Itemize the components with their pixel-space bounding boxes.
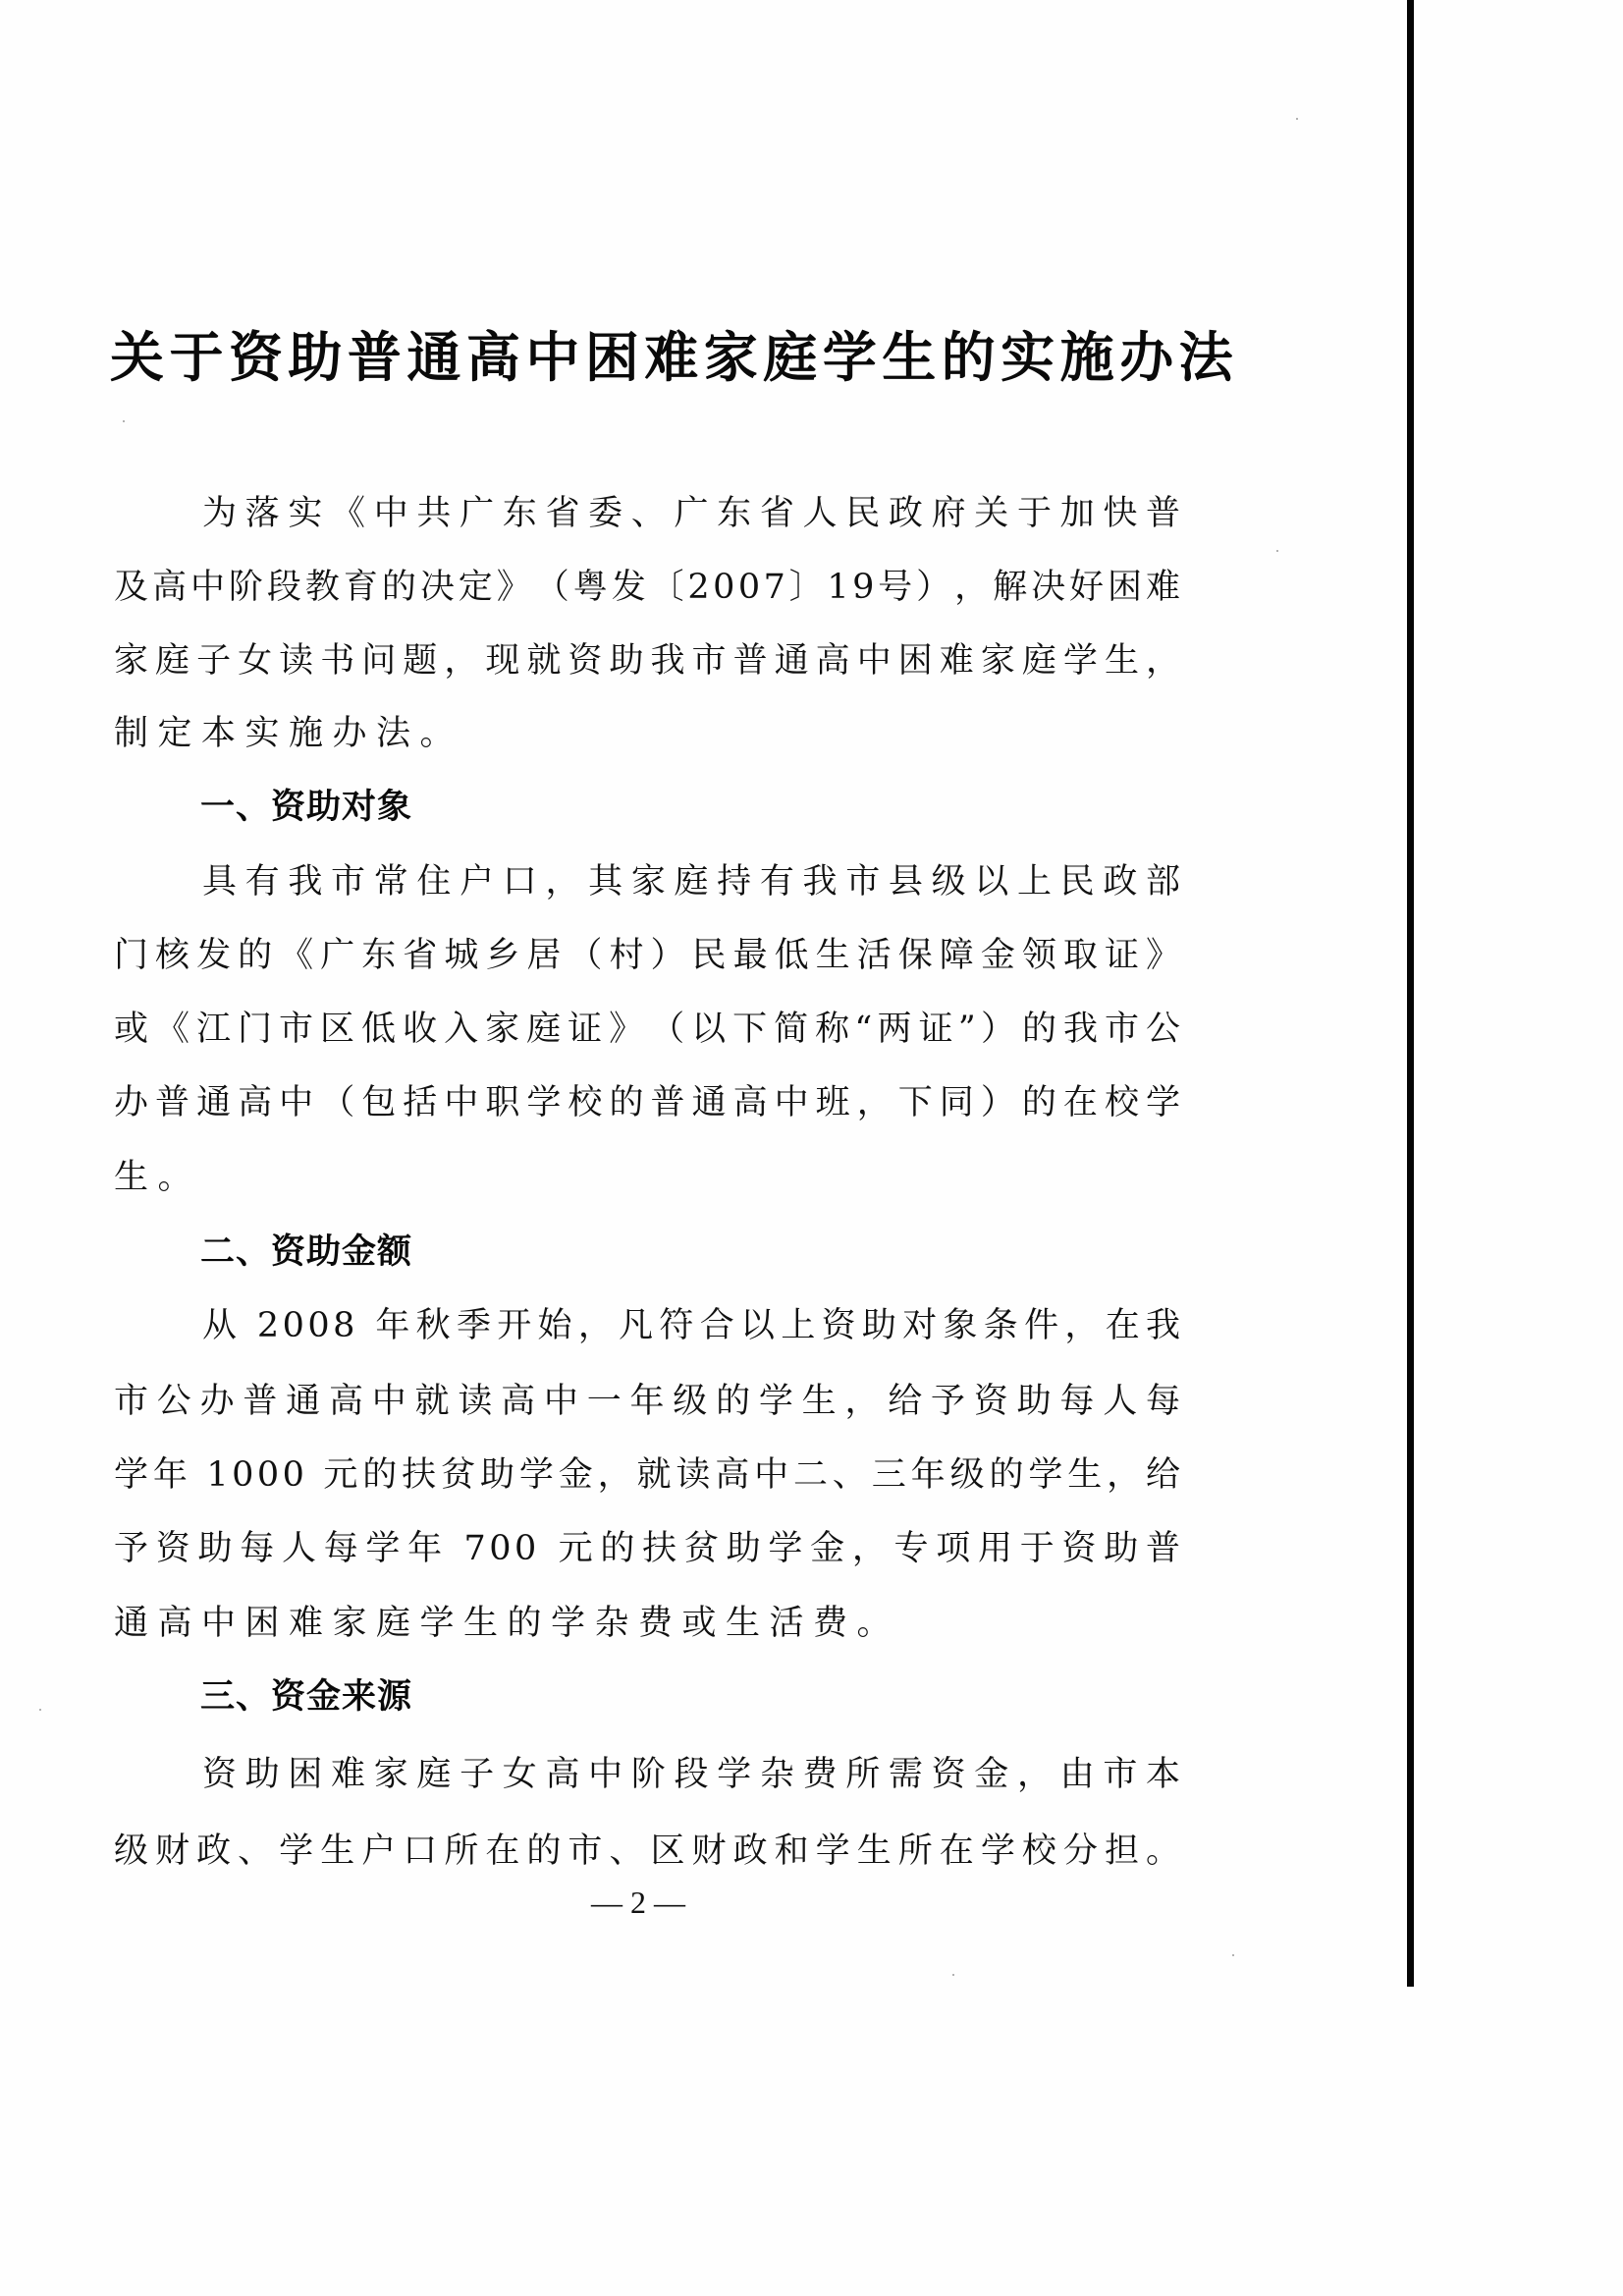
document-page: 关 于 资 助 普 通 高 中 困 难 家 庭 学 生 的 实 施 办 法 为 … [0, 0, 1623, 2296]
section-heading: 二、资助金额 [200, 1223, 412, 1282]
paragraph-line: 门 核 发 的 《 广 东 省 城 乡 居 （ 村 ） 民 最 低 生 活 保 … [114, 926, 1180, 985]
paragraph-line: 或 《 江 门 市 区 低 收 入 家 庭 证 》 （ 以 下 简 称 “ 两 … [114, 1000, 1180, 1059]
paragraph-line: 从 2 0 0 8 年 秋 季 开 始 ， 凡 符 合 以 上 资 助 对 象 … [202, 1296, 1180, 1355]
document-title: 关 于 资 助 普 通 高 中 困 难 家 庭 学 生 的 实 施 办 法 [110, 322, 1196, 393]
section-heading: 一、资助对象 [200, 778, 412, 837]
scan-speck [1232, 1954, 1234, 1956]
scan-speck [952, 1974, 954, 1976]
paragraph-line: 为 落 实 《 中 共 广 东 省 委 、 广 东 省 人 民 政 府 关 于 … [202, 484, 1180, 543]
paragraph-line: 级 财 政 、 学 生 户 口 所 在 的 市 、 区 财 政 和 学 生 所 … [114, 1822, 1180, 1881]
paragraph-line: 予 资 助 每 人 每 学 年 7 0 0 元 的 扶 贫 助 学 金 ， 专 … [114, 1519, 1180, 1578]
paragraph-line: 学 年 1 0 0 0 元 的 扶 贫 助 学 金 ， 就 读 高 中 二 、 … [114, 1446, 1180, 1504]
paragraph-line: 及 高 中 阶 段 教 育 的 决 定 》 （ 粤 发 〔 2 0 0 7 〕 … [114, 558, 1180, 617]
paragraph-line: 通高中困难家庭学生的学杂费或生活费。 [114, 1594, 1180, 1653]
paragraph-line: 生。 [114, 1148, 1180, 1207]
paragraph-line: 市 公 办 普 通 高 中 就 读 高 中 一 年 级 的 学 生 ， 给 予 … [114, 1372, 1180, 1431]
paragraph-line: 资 助 困 难 家 庭 子 女 高 中 阶 段 学 杂 费 所 需 资 金 ， … [202, 1745, 1180, 1804]
section-heading: 三、资金来源 [200, 1667, 412, 1726]
paragraph-line: 办 普 通 高 中 （ 包 括 中 职 学 校 的 普 通 高 中 班 ， 下 … [114, 1073, 1180, 1132]
scan-speck [1296, 118, 1298, 120]
scan-edge-bar [1407, 0, 1414, 1987]
paragraph-line: 具 有 我 市 常 住 户 口 ， 其 家 庭 持 有 我 市 县 级 以 上 … [202, 852, 1180, 911]
scan-speck [1276, 550, 1278, 552]
scan-speck [123, 420, 125, 422]
page-number: — 2 — [579, 1881, 697, 1924]
scan-speck [39, 1709, 41, 1711]
paragraph-line: 家 庭 子 女 读 书 问 题 ， 现 就 资 助 我 市 普 通 高 中 困 … [114, 631, 1180, 690]
paragraph-line: 制定本实施办法。 [114, 704, 1180, 763]
